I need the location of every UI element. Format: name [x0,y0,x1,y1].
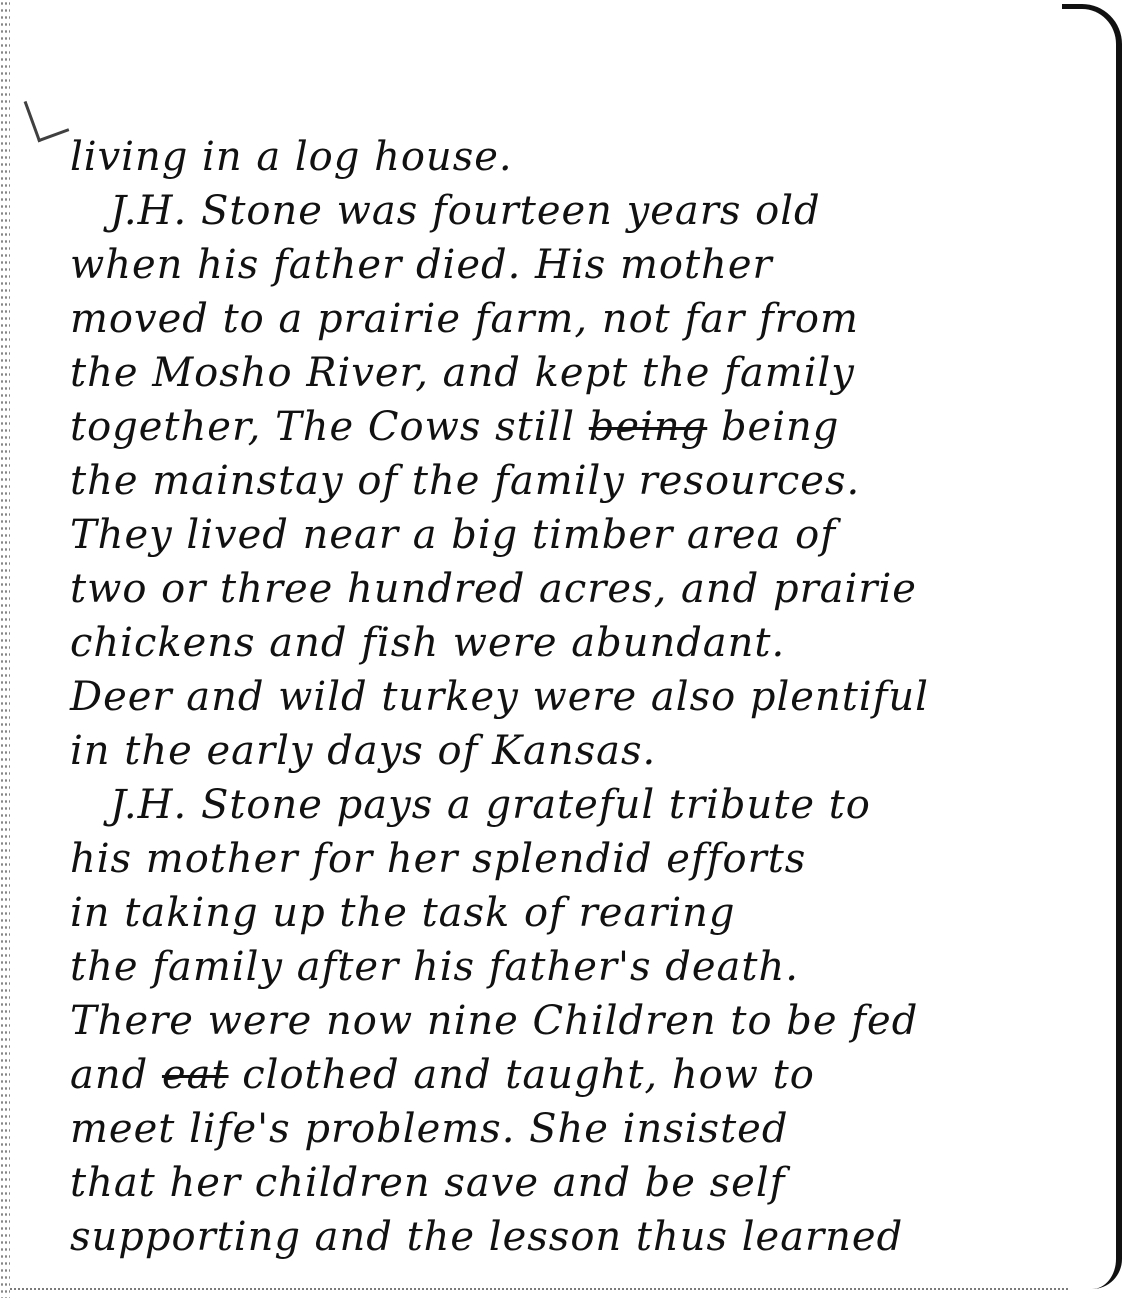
struck-word: being [589,404,707,450]
text-line: in taking up the task of rearing [70,886,1080,940]
text-line: J.H. Stone was fourteen years old [70,184,1080,238]
text-line: They lived near a big timber area of [70,508,1080,562]
text-line: that her children save and be self [70,1156,1080,1210]
text-line: moved to a prairie farm, not far from [70,292,1080,346]
text-line: There were now nine Children to be fed [70,994,1080,1048]
line-segment: and [70,1052,162,1098]
handwritten-text: living in a log house. J.H. Stone was fo… [70,130,1080,1264]
text-line: together, The Cows still being being [70,400,1080,454]
struck-word: eat [162,1052,229,1098]
manuscript-page: living in a log house. J.H. Stone was fo… [0,0,1128,1298]
text-line: the Mosho River, and kept the family [70,346,1080,400]
margin-mark [24,91,70,143]
text-line: the family after his father's death. [70,940,1080,994]
text-line: his mother for her splendid efforts [70,832,1080,886]
text-line: meet life's problems. She insisted [70,1102,1080,1156]
line-segment: together, The Cows still [70,404,589,450]
text-line: in the early days of Kansas. [70,724,1080,778]
text-line: J.H. Stone pays a grateful tribute to [70,778,1080,832]
text-line: and eat clothed and taught, how to [70,1048,1080,1102]
scan-left-edge [0,0,10,1298]
text-line: the mainstay of the family resources. [70,454,1080,508]
text-line: two or three hundred acres, and prairie [70,562,1080,616]
line-segment: being [707,404,839,450]
text-line: when his father died. His mother [70,238,1080,292]
text-line: chickens and fish were abundant. [70,616,1080,670]
line-segment: clothed and taught, how to [229,1052,815,1098]
text-line: supporting and the lesson thus learned [70,1210,1080,1264]
scan-bottom-edge [10,1285,1068,1290]
text-line: living in a log house. [70,130,1080,184]
text-line: Deer and wild turkey were also plentiful [70,670,1080,724]
